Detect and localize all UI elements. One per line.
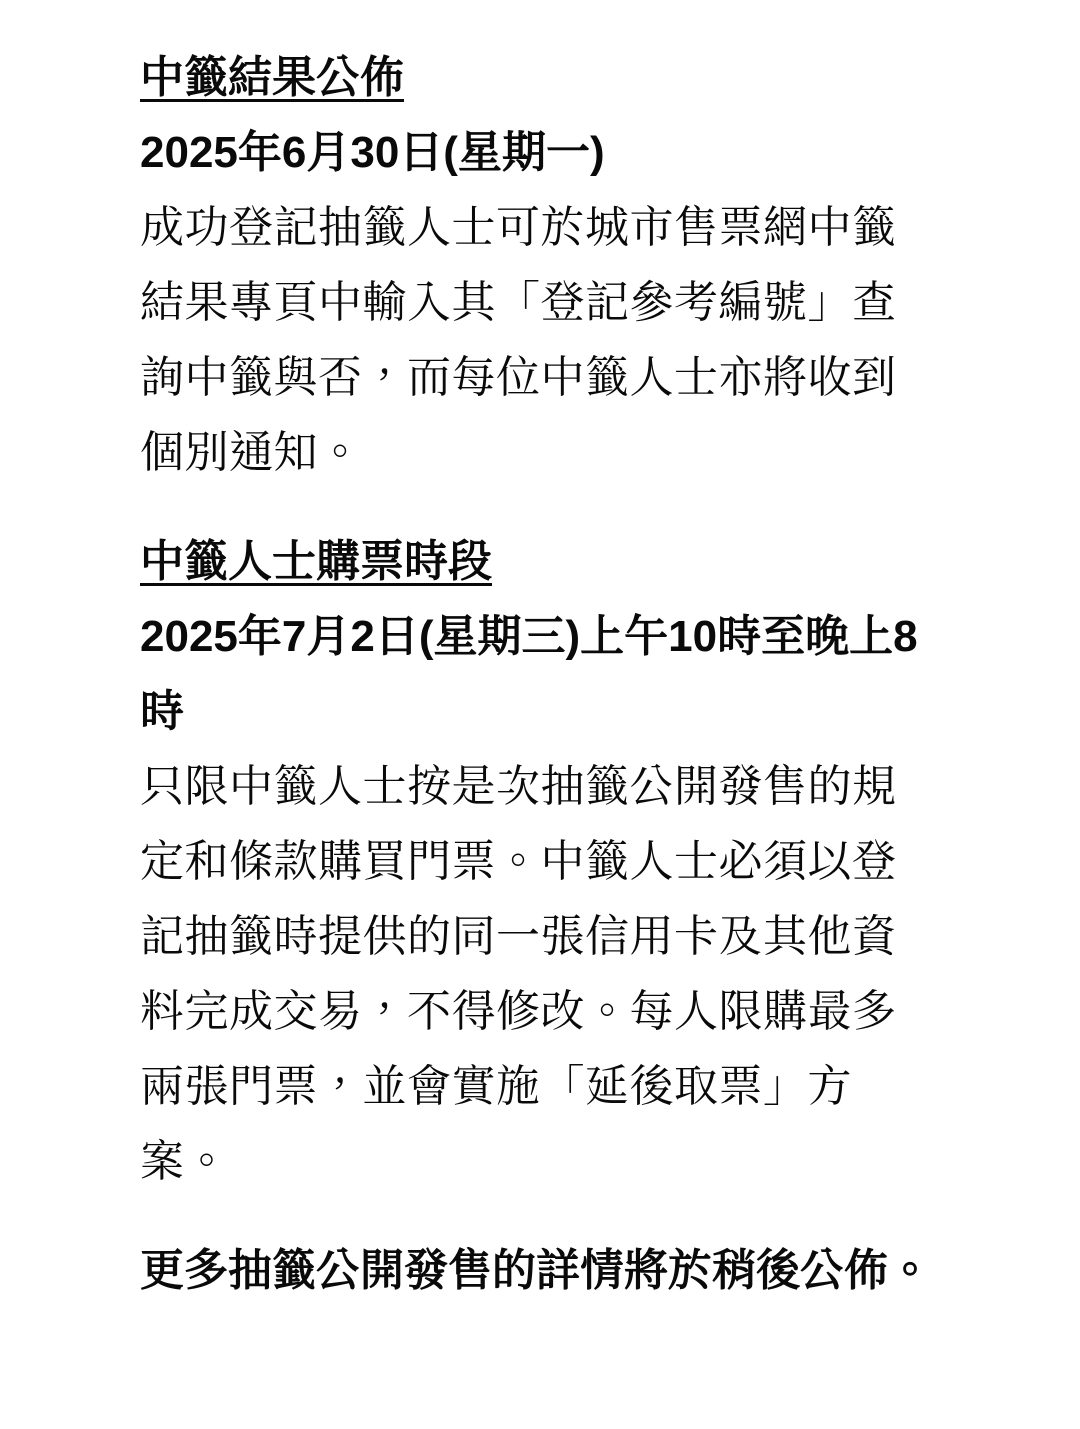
- section-date-purchase-period: 2025年7月2日(星期三)上午10時至晚上8時: [140, 599, 940, 749]
- section-body-lottery-result: 成功登記抽籤人士可於城市售票網中籤結果專頁中輸入其「登記參考編號」查詢中籤與否，…: [140, 190, 940, 490]
- section-winner-purchase-period: 中籤人士購票時段 2025年7月2日(星期三)上午10時至晚上8時 只限中籤人士…: [140, 524, 940, 1199]
- section-heading-purchase-period: 中籤人士購票時段: [140, 524, 940, 599]
- section-heading-lottery-result: 中籤結果公佈: [140, 40, 940, 115]
- section-body-purchase-period: 只限中籤人士按是次抽籤公開發售的規定和條款購買門票。中籤人士必須以登記抽籤時提供…: [140, 749, 940, 1199]
- footer-note: 更多抽籤公開發售的詳情將於稍後公佈。: [140, 1233, 940, 1308]
- section-lottery-result-announcement: 中籤結果公佈 2025年6月30日(星期一) 成功登記抽籤人士可於城市售票網中籤…: [140, 40, 940, 490]
- section-date-lottery-result: 2025年6月30日(星期一): [140, 115, 940, 190]
- announcement-page: 中籤結果公佈 2025年6月30日(星期一) 成功登記抽籤人士可於城市售票網中籤…: [0, 0, 1080, 1308]
